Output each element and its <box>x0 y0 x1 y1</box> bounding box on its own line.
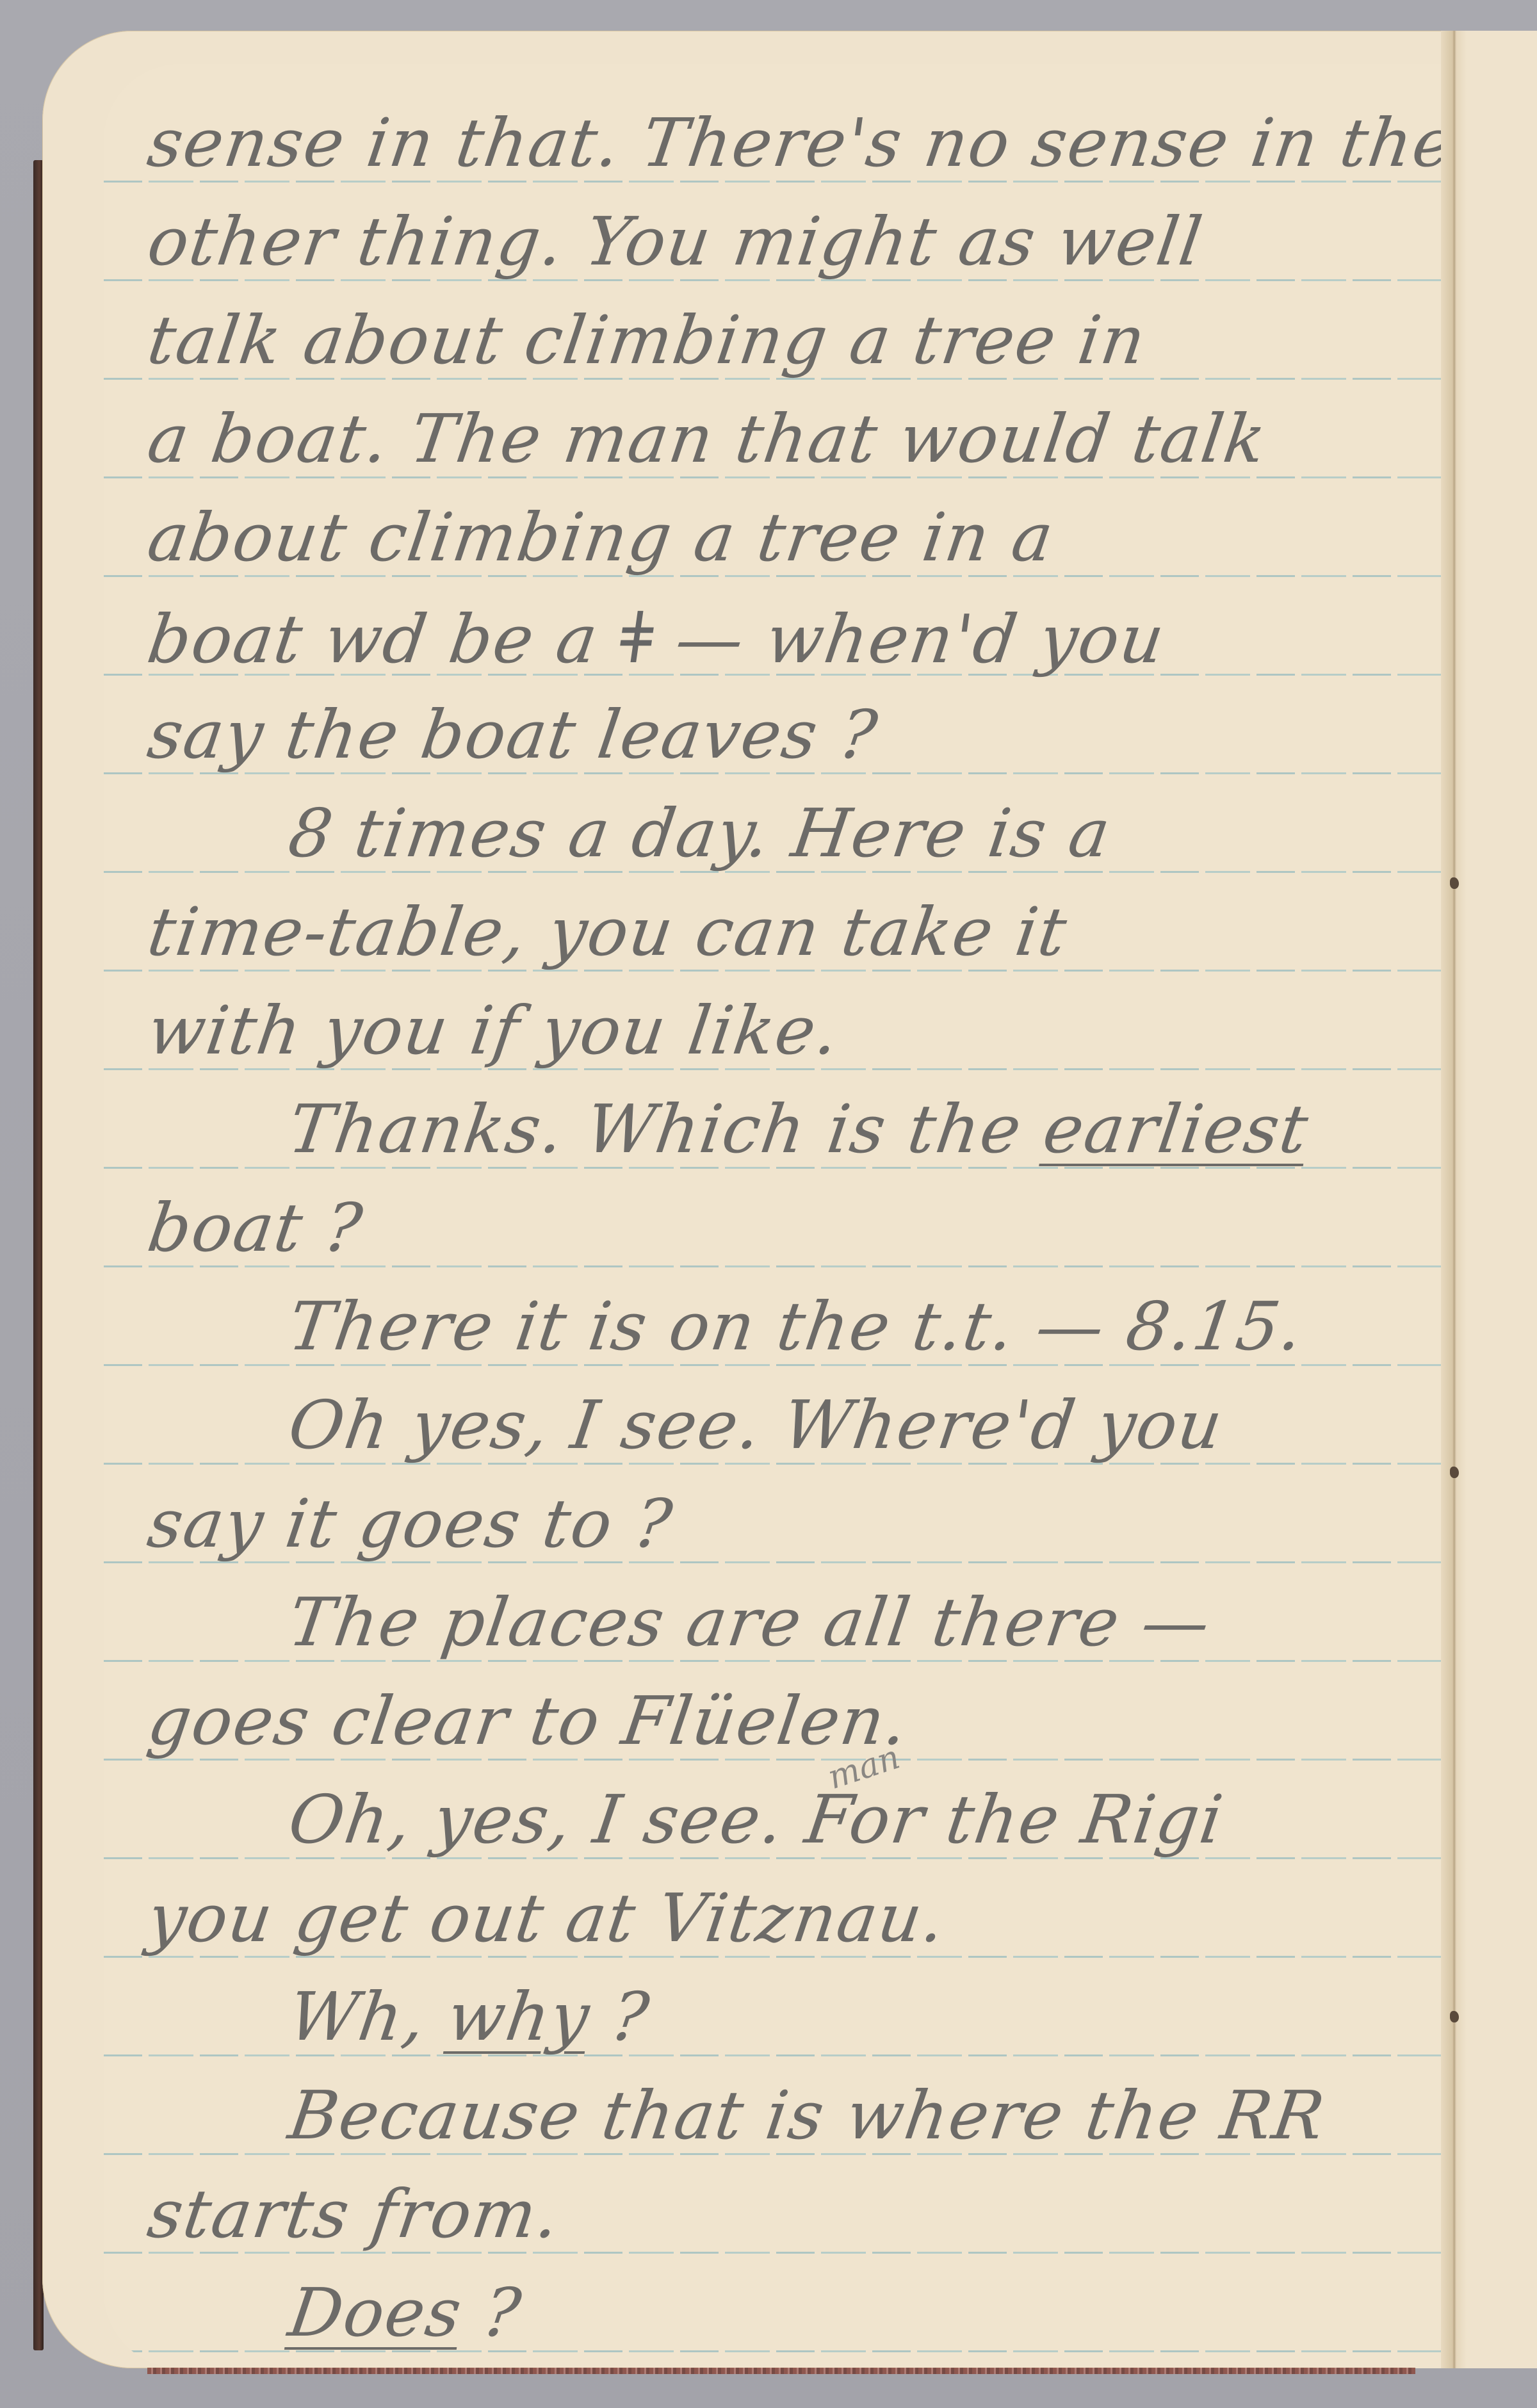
line-text: time-table, you can take it <box>143 893 1072 971</box>
line-text: Oh, yes, I see. For the Rigi <box>284 1780 1228 1859</box>
handwritten-line: time-table, you can take it <box>143 893 1072 971</box>
gilt-page-edge <box>147 2368 1415 2374</box>
line-text: 8 times a day. Here is a <box>284 794 1116 872</box>
handwritten-line: starts from. <box>143 2175 565 2253</box>
handwritten-line: other thing. You might as well <box>143 202 1208 281</box>
line-text: a boat. The man that would talk <box>143 400 1271 478</box>
underlined-word: why <box>443 1978 595 2056</box>
line-text: starts from. <box>143 2175 565 2253</box>
handwritten-line: Wh, why ? <box>284 1978 655 2056</box>
line-text: — when'd you <box>649 600 1170 678</box>
handwritten-line: There it is on the t.t. — 8.15. <box>284 1287 1308 1365</box>
line-text: Thanks. Which is the <box>284 1090 1049 1168</box>
handwritten-line: The places are all there — <box>284 1583 1216 1661</box>
handwritten-line: boat ? <box>143 1189 368 1267</box>
line-text: about climbing a tree in a <box>143 498 1059 576</box>
adjacent-page-edge <box>1467 31 1537 2368</box>
line-text: with you if you like. <box>143 991 844 1070</box>
handwritten-line: 8 times a day. Here is a <box>284 794 1116 872</box>
line-text: Wh, <box>284 1978 453 2056</box>
line-text: Oh yes, I see. Where'd you <box>284 1386 1228 1464</box>
handwritten-line: talk about climbing a tree in <box>143 301 1151 379</box>
notebook-page: sense in that. There's no sense in theot… <box>42 31 1496 2368</box>
line-text: other thing. You might as well <box>143 202 1208 281</box>
handwritten-line: boat wd be a ǂ — when'd you <box>143 597 1171 679</box>
page-writing-area: sense in that. There's no sense in theot… <box>104 64 1496 2368</box>
underlined-word: earliest <box>1039 1090 1314 1168</box>
line-text: Because that is where the RR <box>284 2076 1330 2154</box>
line-text: say the boat leaves ? <box>143 696 882 774</box>
handwritten-line: Oh, yes, I see. For the Rigi <box>284 1780 1228 1859</box>
handwritten-line: about climbing a tree in a <box>143 498 1059 576</box>
handwritten-line: a boat. The man that would talk <box>143 400 1271 478</box>
binding-stitch <box>1450 2011 1459 2022</box>
handwritten-line: say it goes to ? <box>143 1485 678 1563</box>
line-text: boat wd be a <box>143 600 626 678</box>
underlined-word: Does <box>284 2274 467 2352</box>
line-text: talk about climbing a tree in <box>143 301 1151 379</box>
line-text: ? <box>584 1978 655 2056</box>
line-text: sense in that. There's no sense in the <box>143 104 1459 182</box>
line-text: say it goes to ? <box>143 1485 678 1563</box>
line-text: There it is on the t.t. — 8.15. <box>284 1287 1308 1365</box>
line-text: ? <box>456 2274 526 2352</box>
handwritten-line: Thanks. Which is the earliest <box>284 1090 1313 1168</box>
handwritten-line: Does ? <box>284 2274 526 2352</box>
handwritten-line: with you if you like. <box>143 991 844 1070</box>
handwritten-line: you get out at Vitznau. <box>143 1879 950 1957</box>
handwritten-line: say the boat leaves ? <box>143 696 882 774</box>
line-text: The places are all there — <box>284 1583 1216 1661</box>
line-text: you get out at Vitznau. <box>143 1879 950 1957</box>
binding-stitch <box>1450 877 1459 889</box>
handwritten-line: sense in that. There's no sense in the <box>143 104 1459 182</box>
line-text: goes clear to Flüelen. <box>143 1682 913 1760</box>
handwritten-line: Oh yes, I see. Where'd you <box>284 1386 1228 1464</box>
line-text: boat ? <box>143 1189 368 1267</box>
handwritten-line: goes clear to Flüelen. <box>143 1682 913 1760</box>
handwritten-line: Because that is where the RR <box>284 2076 1330 2154</box>
binding-stitch <box>1450 1467 1459 1478</box>
